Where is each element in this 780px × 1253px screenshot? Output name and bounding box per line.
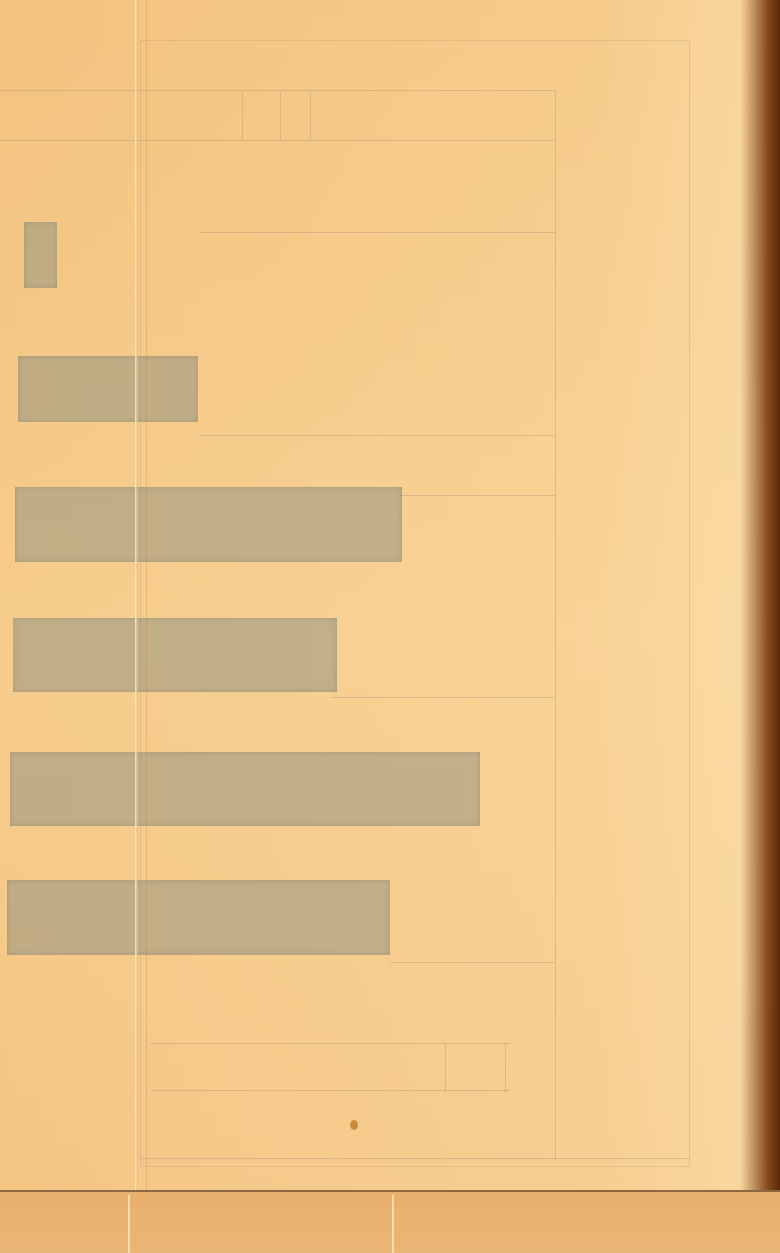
tick-label-bottom bbox=[223, 1062, 247, 1082]
gridline bbox=[150, 1043, 510, 1044]
tick-label-top bbox=[0, 102, 24, 122]
tick-label-top bbox=[488, 102, 512, 122]
gridline bbox=[400, 495, 555, 496]
tick-label-bottom bbox=[98, 1062, 122, 1082]
gridline bbox=[150, 1090, 510, 1091]
tick-label-top bbox=[53, 102, 77, 122]
gridline bbox=[390, 962, 555, 963]
gridline bbox=[280, 92, 281, 140]
bar-6 bbox=[7, 880, 390, 955]
gridline bbox=[0, 90, 555, 91]
paper-tear bbox=[128, 1195, 130, 1253]
gridline bbox=[200, 435, 555, 436]
bar-2 bbox=[18, 356, 198, 422]
tick-label-top bbox=[248, 102, 272, 122]
paper-fold bbox=[146, 0, 147, 1190]
bar-1 bbox=[24, 222, 57, 288]
tick-label-top bbox=[368, 102, 392, 122]
paper-fold bbox=[135, 0, 138, 1253]
paper-tear bbox=[392, 1195, 394, 1253]
paper-stain bbox=[350, 1120, 358, 1130]
gridline bbox=[0, 140, 555, 141]
gridline bbox=[242, 92, 243, 140]
gridline bbox=[505, 1043, 506, 1093]
bar-4 bbox=[13, 618, 337, 692]
tick-label-bottom bbox=[163, 1062, 187, 1082]
bar-5 bbox=[10, 752, 480, 826]
tick-label-bottom bbox=[403, 1062, 427, 1082]
tick-label-bottom bbox=[468, 1062, 492, 1082]
chart-frame bbox=[140, 40, 690, 1167]
bar-3 bbox=[15, 487, 402, 562]
tick-label-top bbox=[310, 102, 334, 122]
gridline bbox=[330, 697, 555, 698]
gridline bbox=[200, 232, 555, 233]
gridline bbox=[445, 1043, 446, 1093]
gridline bbox=[140, 1158, 690, 1159]
tick-label-bottom bbox=[283, 1062, 307, 1082]
tick-label-top bbox=[428, 102, 452, 122]
gridline bbox=[555, 90, 556, 1160]
paper-bottom-strip bbox=[0, 1190, 780, 1253]
tick-label-top bbox=[176, 102, 200, 122]
tick-label-bottom bbox=[343, 1062, 367, 1082]
